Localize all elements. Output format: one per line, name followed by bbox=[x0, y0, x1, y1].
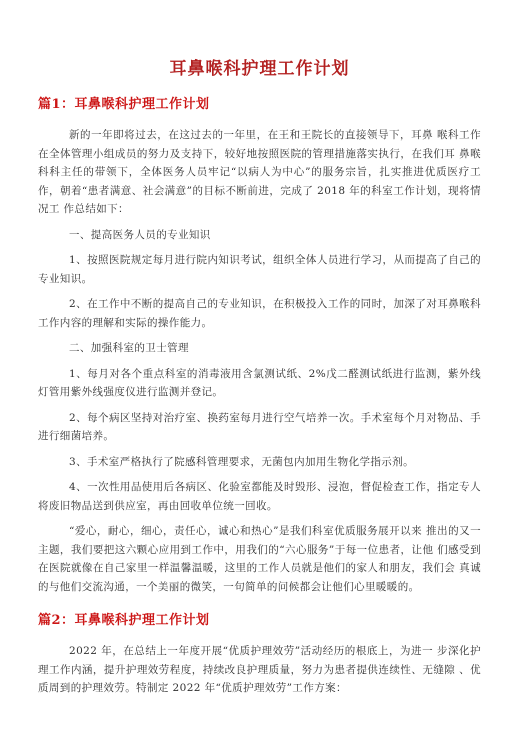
paragraph-item-1b: 1、每月对各个重点科室的消毒液用含氯测试纸、2%戊二醛测试纸进行监测，紫外线灯管… bbox=[38, 365, 481, 402]
document-title: 耳鼻喉科护理工作计划 bbox=[38, 57, 481, 81]
paragraph-item-1: 1、按照医院规定每月进行院内知识考试，组织全体人员进行学习，从而提高了自己的专业… bbox=[38, 251, 481, 288]
subheading-two: 二、加强科室的卫士管理 bbox=[38, 339, 481, 358]
paragraph-item-4b: 4、一次性用品使用后各病区、化验室都能及时毁形、浸泡，督促检查工作，指定专人将废… bbox=[38, 478, 481, 515]
paragraph-intro-2: 2022 年，在总结上一年度开展“优质护理效劳”活动经历的根底上，为进一 步深化… bbox=[38, 642, 481, 698]
paragraph-closing: “爱心，耐心，细心，责任心，诚心和热心”是我们科室优质服务展开以来 推出的又一主… bbox=[38, 522, 481, 596]
section-2: 篇2：耳鼻喉科护理工作计划 2022 年，在总结上一年度开展“优质护理效劳”活动… bbox=[38, 612, 481, 698]
section-2-heading: 篇2：耳鼻喉科护理工作计划 bbox=[38, 612, 481, 630]
paragraph-item-3b: 3、手术室严格执行了院感科管理要求，无菌包内加用生物化学指示剂。 bbox=[38, 453, 481, 472]
paragraph-item-2: 2、在工作中不断的提高自己的专业知识，在积极投入工作的同时，加深了对耳鼻喉科工作… bbox=[38, 295, 481, 332]
paragraph-intro: 新的一年即将过去，在这过去的一年里，在王和王院长的直接领导下，耳鼻 喉科工作在全… bbox=[38, 126, 481, 219]
document-page: 耳鼻喉科护理工作计划 篇1：耳鼻喉科护理工作计划 新的一年即将过去，在这过去的一… bbox=[0, 0, 520, 735]
section-1-heading: 篇1：耳鼻喉科护理工作计划 bbox=[38, 96, 481, 114]
section-1: 篇1：耳鼻喉科护理工作计划 新的一年即将过去，在这过去的一年里，在王和王院长的直… bbox=[38, 96, 481, 596]
subheading-one: 一、提高医务人员的专业知识 bbox=[38, 226, 481, 245]
paragraph-item-2b: 2、每个病区坚持对治疗室、换药室每月进行空气培养一次。手术室每个月对物品、手进行… bbox=[38, 409, 481, 446]
